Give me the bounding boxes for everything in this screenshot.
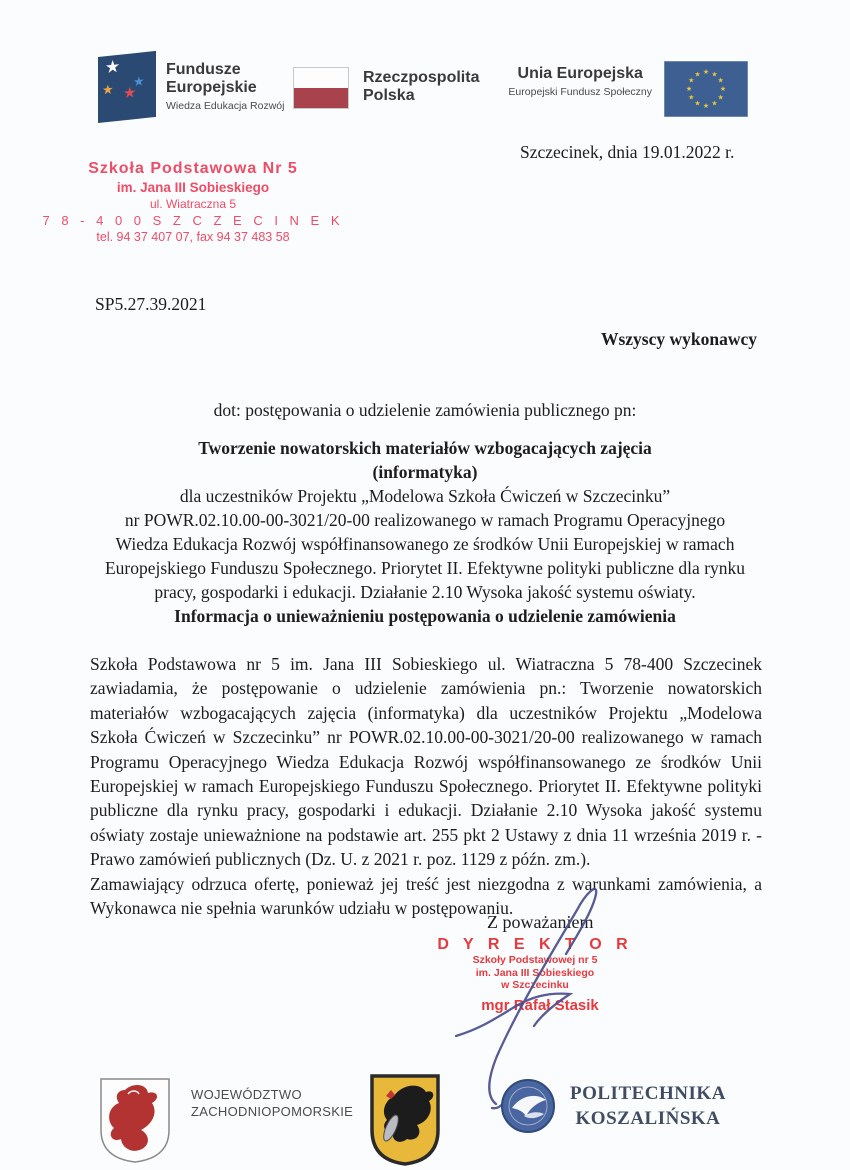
svg-text:★: ★ (688, 94, 694, 102)
fundusze-europejskie-logo: ★ ★ ★ ★ Fundusze Europejskie Wiedza Eduk… (98, 57, 284, 123)
subject-desc-line: pracy, gospodarki i edukacji. Działanie … (85, 580, 765, 604)
svg-text:★: ★ (694, 70, 700, 78)
body-paragraph-1: Szkoła Podstawowa nr 5 im. Jana III Sobi… (90, 652, 762, 872)
school-stamp-street: ul. Wiatraczna 5 (38, 197, 348, 211)
svg-text:★: ★ (720, 85, 726, 93)
body-paragraph-2: Zamawiający odrzuca ofertę, ponieważ jej… (90, 872, 762, 921)
subject-desc-line: Europejskiego Funduszu Społecznego. Prio… (85, 556, 765, 580)
regarding-line: dot: postępowania o udzielenie zamówieni… (85, 398, 765, 422)
szczecinek-crest-icon (368, 1072, 442, 1168)
director-stamp-line2: im. Jana III Sobieskiego (430, 967, 640, 980)
politechnika-label: POLITECHNIKA KOSZALIŃSKA (570, 1081, 726, 1131)
subject-desc-line: nr POWR.02.10.00-00-3021/20-00 realizowa… (85, 508, 765, 532)
city-date-line: Szczecinek, dnia 19.01.2022 r. (520, 142, 734, 163)
poland-label-line1: Rzeczpospolita (363, 69, 479, 87)
closing-line: Z poważaniem (487, 912, 593, 933)
recipient-line: Wszyscy wykonawcy (601, 329, 757, 350)
section-heading: Informacja o unieważnieniu postępowania … (85, 606, 765, 627)
subject-block: dot: postępowania o udzielenie zamówieni… (85, 398, 765, 604)
voivodeship-logo: WOJEWÓDZTWO ZACHODNIOPOMORSKIE (95, 1076, 353, 1164)
school-address-stamp: Szkoła Podstawowa Nr 5 im. Jana III Sobi… (38, 160, 348, 244)
svg-text:★: ★ (718, 77, 724, 85)
voivodeship-label-line1: WOJEWÓDZTWO (191, 1086, 353, 1103)
eu-flag-icon: ★★★ ★★★ ★★★ ★★★ (664, 61, 748, 117)
svg-text:★: ★ (711, 100, 717, 108)
svg-text:★: ★ (686, 85, 692, 93)
director-stamp-line3: w Szczecinku (430, 979, 640, 992)
zachodniopomorskie-crest-icon (95, 1076, 175, 1164)
rzeczpospolita-polska-logo: Rzeczpospolita Polska (293, 63, 479, 109)
fe-title-line1: Fundusze (166, 61, 284, 79)
svg-text:★: ★ (694, 100, 700, 108)
politechnika-emblem-icon (500, 1078, 556, 1134)
unia-europejska-logo: Unia Europejska Europejski Fundusz Społe… (508, 61, 748, 117)
letter-body: Szkoła Podstawowa nr 5 im. Jana III Sobi… (90, 652, 762, 920)
svg-text:★: ★ (718, 94, 724, 102)
voivodeship-label: WOJEWÓDZTWO ZACHODNIOPOMORSKIE (191, 1076, 353, 1164)
fundusze-europejskie-flag-icon: ★ ★ ★ ★ (98, 51, 156, 123)
director-stamp: D Y R E K T O R Szkoły Podstawowej nr 5 … (430, 936, 640, 992)
fe-star-yellow-icon: ★ (102, 82, 114, 96)
svg-text:★: ★ (703, 102, 709, 110)
fe-title-line2: Europejskie (166, 79, 284, 97)
subject-title-line2: (informatyka) (85, 460, 765, 484)
politechnika-label-line1: POLITECHNIKA (570, 1081, 726, 1106)
fe-subtitle: Wiedza Edukacja Rozwój (166, 100, 284, 112)
fe-star-red-icon: ★ (123, 86, 136, 102)
subject-title-line1: Tworzenie nowatorskich materiałów wzboga… (85, 436, 765, 460)
subject-desc-line: dla uczestników Projektu „Modelowa Szkoł… (85, 484, 765, 508)
reference-number: SP5.27.39.2021 (95, 294, 206, 315)
eu-title: Unia Europejska (508, 65, 652, 83)
school-stamp-phone: tel. 94 37 407 07, fax 94 37 483 58 (38, 230, 348, 244)
poland-label-line2: Polska (363, 87, 479, 105)
director-stamp-title: D Y R E K T O R (430, 936, 640, 954)
header-logos-row: ★ ★ ★ ★ Fundusze Europejskie Wiedza Eduk… (98, 55, 748, 133)
fundusze-europejskie-label: Fundusze Europejskie Wiedza Edukacja Roz… (166, 57, 284, 123)
politechnika-logo: POLITECHNIKA KOSZALIŃSKA (500, 1078, 726, 1134)
fe-star-white-icon: ★ (105, 58, 120, 77)
voivodeship-label-line2: ZACHODNIOPOMORSKIE (191, 1103, 353, 1120)
school-stamp-name-line1: Szkoła Podstawowa Nr 5 (38, 160, 348, 178)
school-stamp-city: 7 8 - 4 0 0 S Z C Z E C I N E K (38, 213, 348, 228)
director-stamp-line1: Szkoły Podstawowej nr 5 (430, 954, 640, 967)
director-name-stamp: mgr Rafał Stasik (455, 997, 625, 1014)
politechnika-label-line2: KOSZALIŃSKA (570, 1106, 726, 1131)
svg-text:★: ★ (703, 68, 709, 76)
scanned-letter-page: ★ ★ ★ ★ Fundusze Europejskie Wiedza Eduk… (0, 0, 850, 1170)
eu-subtitle: Europejski Fundusz Społeczny (508, 86, 652, 98)
school-stamp-name-line2: im. Jana III Sobieskiego (38, 180, 348, 195)
poland-flag-icon (293, 67, 349, 109)
subject-desc-line: Wiedza Edukacja Rozwój współfinansowaneg… (85, 532, 765, 556)
